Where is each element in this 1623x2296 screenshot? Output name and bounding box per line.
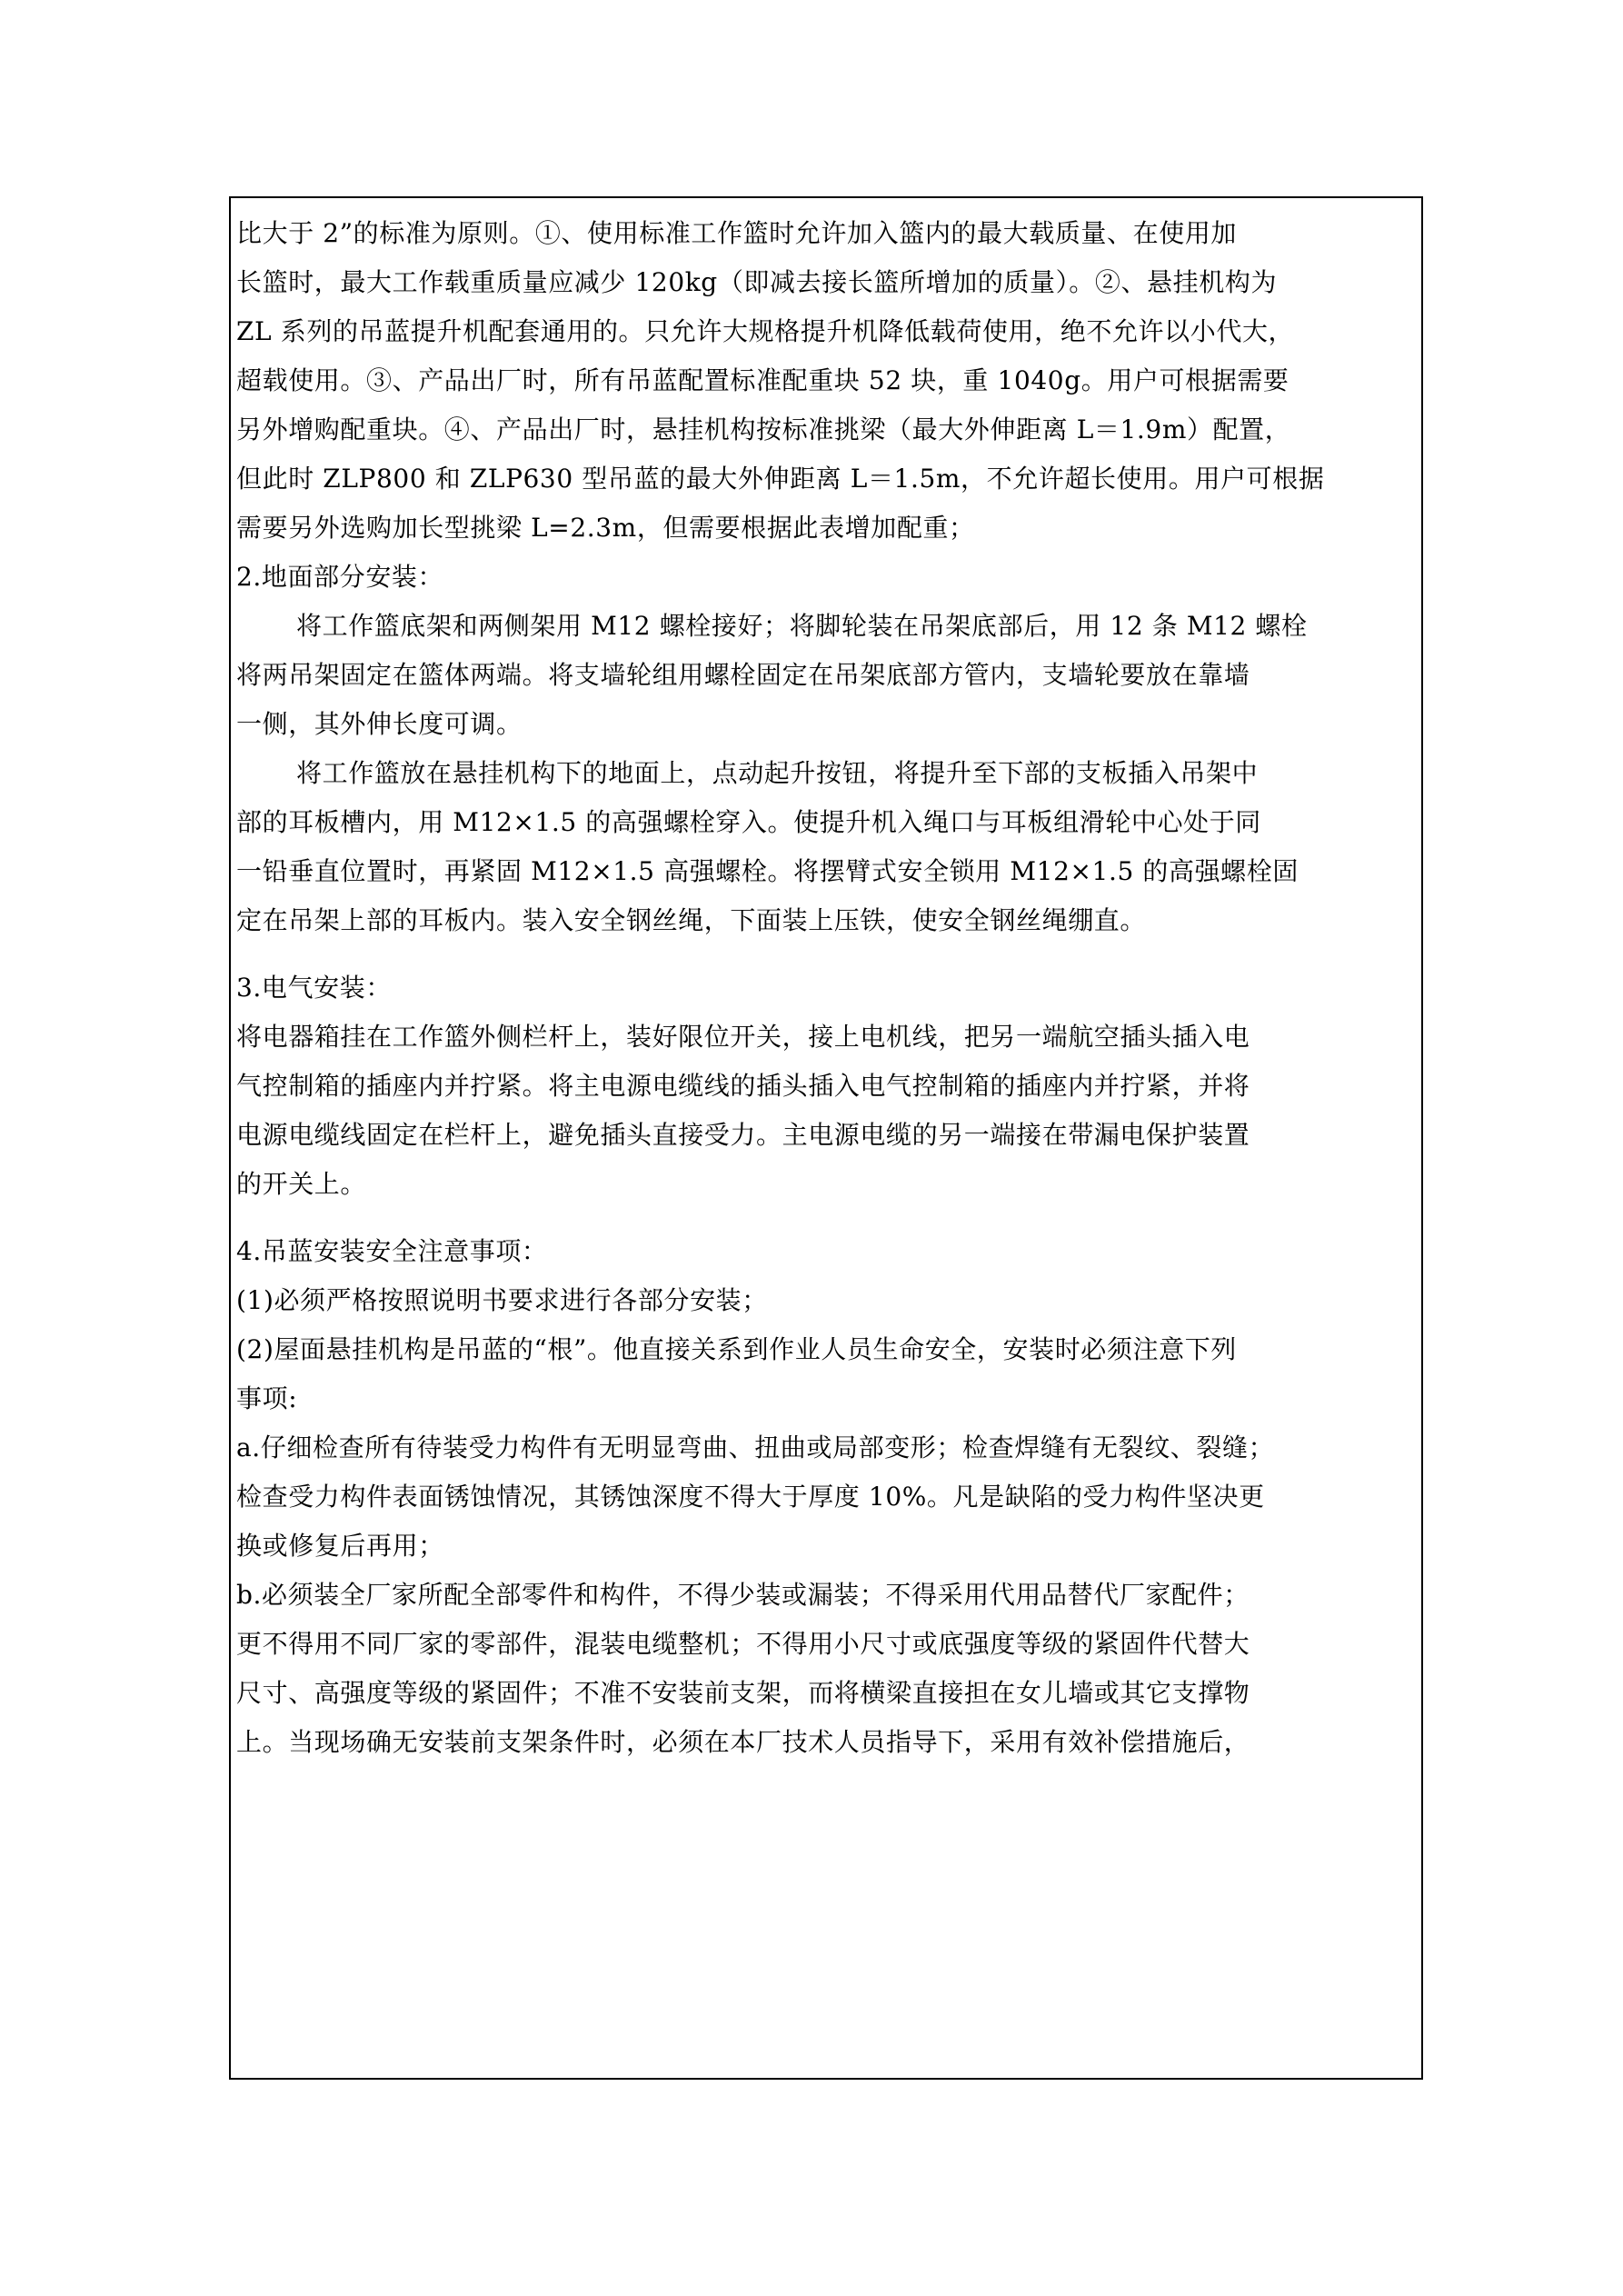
document-body: 比大于 2”的标准为原则。①、使用标准工作篮时允许加入篮内的最大载质量、在使用加… — [236, 209, 1416, 1767]
text-line: a.仔细检查所有待装受力构件有无明显弯曲、扭曲或局部变形；检查焊缝有无裂纹、裂缝… — [236, 1423, 1416, 1472]
text-line: 但此时 ZLP800 和 ZLP630 型吊蓝的最大外伸距离 L＝1.5m，不允… — [236, 454, 1416, 504]
text-line: 事项: — [236, 1374, 1416, 1423]
text-line: ZL 系列的吊蓝提升机配套通用的。只允许大规格提升机降低载荷使用，绝不允许以小代… — [236, 307, 1416, 356]
text-line: 将工作篮底架和两侧架用 M12 螺栓接好；将脚轮装在吊架底部后，用 12 条 M… — [236, 602, 1416, 651]
text-line: 将工作篮放在悬挂机构下的地面上，点动起升按钮，将提升至下部的支板插入吊架中 — [236, 749, 1416, 798]
section-heading-safety-notes: 4.吊蓝安装安全注意事项： — [236, 1227, 1416, 1276]
section-heading-electrical-installation: 3.电气安装： — [236, 963, 1416, 1013]
section-heading-ground-installation: 2.地面部分安装： — [236, 553, 1416, 602]
spacer — [236, 1209, 1416, 1227]
text-line: 比大于 2”的标准为原则。①、使用标准工作篮时允许加入篮内的最大载质量、在使用加 — [236, 209, 1416, 258]
text-line: 定在吊架上部的耳板内。装入安全钢丝绳，下面装上压铁，使安全钢丝绳绷直。 — [236, 896, 1416, 945]
text-line: 一侧，其外伸长度可调。 — [236, 700, 1416, 749]
text-line: 一铅垂直位置时，再紧固 M12×1.5 高强螺栓。将摆臂式安全锁用 M12×1.… — [236, 847, 1416, 896]
text-line: 长篮时，最大工作载重质量应减少 120kg（即减去接长篮所增加的质量）。②、悬挂… — [236, 258, 1416, 307]
text-line: 部的耳板槽内，用 M12×1.5 的高强螺栓穿入。使提升机入绳口与耳板组滑轮中心… — [236, 798, 1416, 847]
document-table-cell: 比大于 2”的标准为原则。①、使用标准工作篮时允许加入篮内的最大载质量、在使用加… — [229, 196, 1423, 2080]
text-line: 的开关上。 — [236, 1160, 1416, 1209]
text-line: 上。当现场确无安装前支架条件时，必须在本厂技术人员指导下，采用有效补偿措施后， — [236, 1718, 1416, 1767]
text-line: 电源电缆线固定在栏杆上，避免插头直接受力。主电源电缆的另一端接在带漏电保护装置 — [236, 1111, 1416, 1160]
text-line: 更不得用不同厂家的零部件，混装电缆整机；不得用小尺寸或底强度等级的紧固件代替大 — [236, 1620, 1416, 1669]
text-line: 将电器箱挂在工作篮外侧栏杆上，装好限位开关，接上电机线，把另一端航空插头插入电 — [236, 1013, 1416, 1062]
text-line: 另外增购配重块。④、产品出厂时，悬挂机构按标准挑梁（最大外伸距离 L＝1.9m）… — [236, 405, 1416, 454]
text-line: 气控制箱的插座内并拧紧。将主电源电缆线的插头插入电气控制箱的插座内并拧紧，并将 — [236, 1062, 1416, 1111]
text-line: b.必须装全厂家所配全部零件和构件，不得少装或漏装；不得采用代用品替代厂家配件； — [236, 1571, 1416, 1620]
text-line: 超载使用。③、产品出厂时，所有吊蓝配置标准配重块 52 块，重 1040g。用户… — [236, 356, 1416, 405]
text-line: (1)必须严格按照说明书要求进行各部分安装； — [236, 1276, 1416, 1325]
text-line: 将两吊架固定在篮体两端。将支墙轮组用螺栓固定在吊架底部方管内，支墙轮要放在靠墙 — [236, 651, 1416, 700]
text-line: 检查受力构件表面锈蚀情况，其锈蚀深度不得大于厚度 10%。凡是缺陷的受力构件坚决… — [236, 1472, 1416, 1522]
text-line: 换或修复后再用； — [236, 1522, 1416, 1571]
spacer — [236, 945, 1416, 963]
text-line: 尺寸、高强度等级的紧固件；不准不安装前支架，而将横梁直接担在女儿墙或其它支撑物 — [236, 1669, 1416, 1718]
text-line: (2)屋面悬挂机构是吊蓝的“根”。他直接关系到作业人员生命安全，安装时必须注意下… — [236, 1325, 1416, 1374]
text-line: 需要另外选购加长型挑梁 L=2.3m，但需要根据此表增加配重； — [236, 504, 1416, 553]
